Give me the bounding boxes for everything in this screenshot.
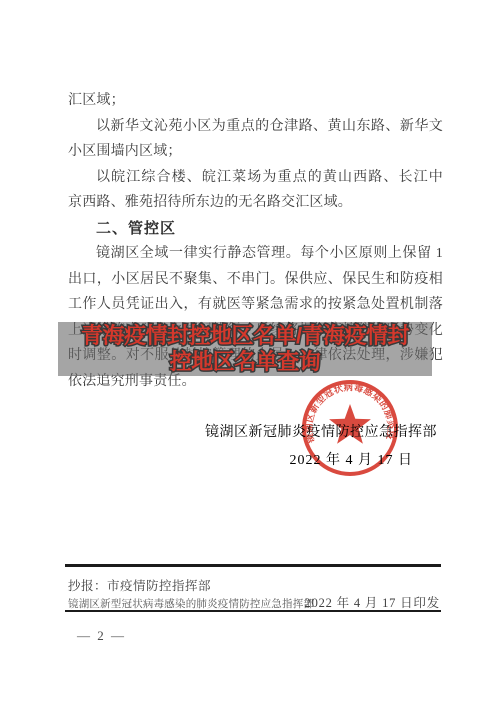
section-heading: 二、管控区 [68,216,443,242]
watermark-banner: 青海疫情封控地区名单/青海疫情封 控地区名单查询 [58,322,432,376]
body-line: 出口，小区居民不聚集、不串门。保供应、保民生和防疫相关的 [68,267,443,293]
body-line: 以皖江综合楼、皖江菜场为重点的黄山西路、长江中路、北 [68,165,443,191]
seal-star-icon [329,404,371,444]
footer-print-date: 2022 年 4 月 17 日印发 [305,593,440,611]
body-line: 汇区域； [68,88,443,114]
body-line: 工作人员凭证出入，有就医等紧急需求的按紧急处置机制落实。 [68,292,443,318]
watermark-title-line1: 青海疫情封控地区名单/青海疫情封 [81,323,409,349]
footer-issuer: 镜湖区新型冠状病毒感染的肺炎疫情防控应急指挥部 [68,596,314,611]
body-line: 小区围墙内区域； [68,139,443,165]
official-seal: 镜湖区新型冠状病毒感染的肺炎疫情防控应急指挥部 [300,378,400,478]
watermark-title-line2: 控地区名单查询 [170,349,321,375]
page-number: — 2 — [77,628,126,644]
body-line: 京西路、雅苑招待所东边的无名路交汇区域。 [68,190,443,216]
footer-divider-thick [65,564,441,567]
body-line: 镜湖区全域一律实行静态管理。每个小区原则上保留 1 个进 [68,241,443,267]
body-line: 以新华文沁苑小区为重点的仓津路、黄山东路、新华文沁苑 [68,114,443,140]
footer-copy-to: 抄报：市疫情防控指挥部 [68,576,211,594]
footer-divider-thin [65,610,441,612]
scanned-document-page: { "document": { "lines": [ { "t": "汇区域；"… [0,0,500,706]
